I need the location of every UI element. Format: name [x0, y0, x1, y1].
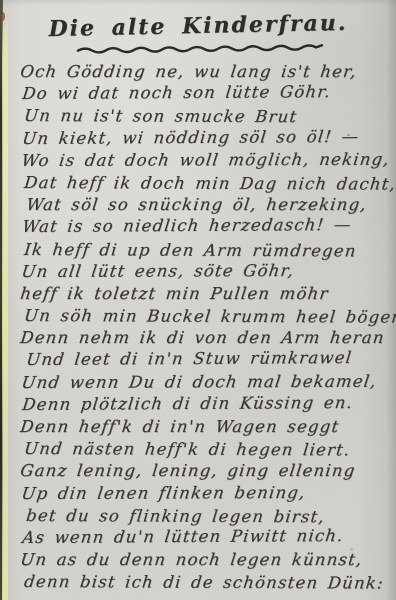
poem-line: Und leet di in'n Stuw rümkrawel: [25, 347, 395, 371]
page-edge-top-shadow: [0, 0, 396, 6]
poem-line: Do wi dat noch son lütte Göhr.: [21, 81, 395, 105]
poem-line: Und nästen heff'k di hegen liert.: [23, 438, 394, 462]
poem-line: Wat söl so snücking öl, herzeking,: [25, 194, 395, 216]
poem-line: Un all lütt eens, söte Göhr,: [20, 259, 395, 282]
poem-line: heff ik toletzt min Pullen möhr: [19, 283, 395, 305]
poem-line: Wat is so niedlich herzedasch! —: [21, 214, 395, 238]
poem-line: Denn heff'k di in'n Wagen seggt: [19, 416, 395, 438]
poem-line: Ganz lening, lening, ging ellening: [19, 460, 395, 482]
poem-line: Denn plötzlich di din Küssing en.: [21, 392, 395, 416]
title-underline: [76, 42, 324, 55]
poem-line: Up din lenen flinken bening,: [20, 481, 395, 504]
poem-line: Un kiekt, wi nödding söl so öl! —: [21, 125, 395, 149]
poem-line: Dat heff ik doch min Dag nich dacht,: [23, 172, 394, 196]
poem-title: Die alte Kinderfrau.: [0, 9, 396, 43]
page-edge-left-yellow: [2, 0, 8, 600]
poem-body: Och Gödding ne, wu lang is't her, Do wi …: [19, 61, 392, 594]
poem-line: As wenn du'n lütten Piwitt nich.: [21, 525, 395, 549]
poem-line: Un söh min Buckel krumm heel bögen.: [23, 305, 394, 329]
poem-line: Och Gödding ne, wu lang is't her,: [19, 61, 395, 83]
poem-line: Ik heff di up den Arm rümdregen: [23, 239, 394, 263]
manuscript-page: Die alte Kinderfrau. Och Gödding ne, wu …: [0, 0, 396, 600]
poem-line: Wo is dat doch woll möglich, neking,: [20, 148, 395, 171]
poem-line: Und wenn Du di doch mal bekamel,: [20, 370, 395, 393]
poem-line: denn bist ich di de schönsten Dünk:: [23, 571, 394, 595]
poem-line: Un as du denn noch legen künnst,: [19, 549, 395, 571]
